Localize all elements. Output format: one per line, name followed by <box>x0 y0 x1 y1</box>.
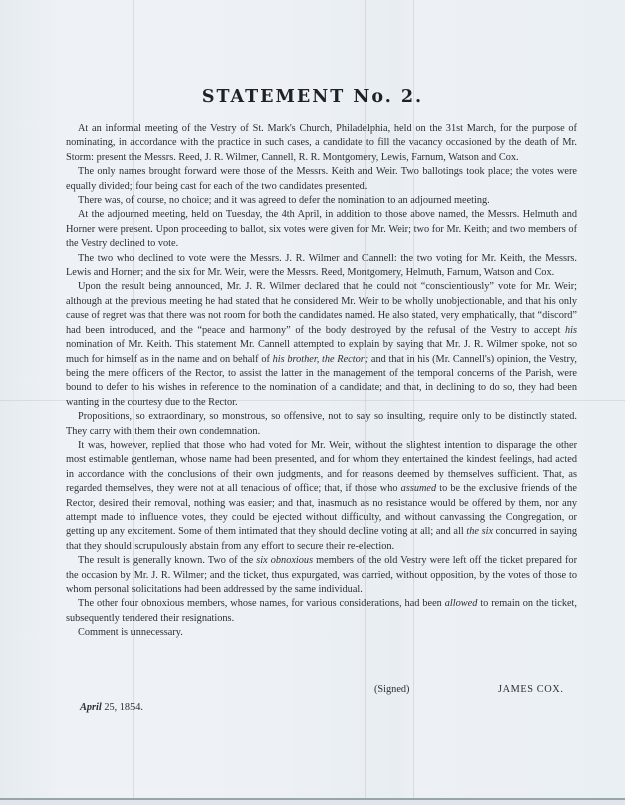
text-run: Upon the result being announced, Mr. J. … <box>66 281 577 335</box>
text-run: There was, of course, no choice; and it … <box>78 195 490 206</box>
paragraph: The only names brought forward were thos… <box>66 165 577 194</box>
paragraph: At the adjourned meeting, held on Tuesda… <box>66 208 577 251</box>
paragraph: Upon the result being announced, Mr. J. … <box>66 280 577 410</box>
document-body: At an informal meeting of the Vestry of … <box>66 122 577 641</box>
italic-text: allowed <box>445 598 478 609</box>
text-run: The only names brought forward were thos… <box>66 166 577 191</box>
text-run: Propositions, so extraordinary, so monst… <box>66 411 577 436</box>
italic-text: his <box>565 325 577 336</box>
date-month: April <box>80 702 102 713</box>
paragraph: At an informal meeting of the Vestry of … <box>66 122 577 165</box>
document-date: April 25, 1854. <box>80 702 143 713</box>
text-run: At an informal meeting of the Vestry of … <box>66 123 577 163</box>
paragraph: It was, however, replied that those who … <box>66 439 577 554</box>
text-run: The two who declined to vote were the Me… <box>66 253 577 278</box>
paragraph: Propositions, so extraordinary, so monst… <box>66 410 577 439</box>
text-run: At the adjourned meeting, held on Tuesda… <box>66 209 577 249</box>
text-run: The result is generally known. Two of th… <box>78 555 256 566</box>
signer-name: JAMES COX. <box>498 684 564 695</box>
italic-text: assumed <box>401 483 436 494</box>
italic-text: his brother, the Rector; <box>273 354 369 365</box>
paragraph: There was, of course, no choice; and it … <box>66 194 577 208</box>
date-day-year: 25, 1854. <box>102 702 143 713</box>
paragraph: Comment is unnecessary. <box>66 626 577 640</box>
signature-line: (Signed) JAMES COX. <box>0 684 625 700</box>
paragraph: The result is generally known. Two of th… <box>66 554 577 597</box>
document-page: STATEMENT No. 2. At an informal meeting … <box>0 0 625 800</box>
text-run: Comment is unnecessary. <box>78 627 183 638</box>
italic-text: six obnoxious <box>256 555 313 566</box>
italic-text: the six <box>466 526 493 537</box>
paragraph: The two who declined to vote were the Me… <box>66 252 577 281</box>
document-title: STATEMENT No. 2. <box>0 87 625 107</box>
signed-label: (Signed) <box>374 684 409 695</box>
text-run: The other four obnoxious members, whose … <box>78 598 445 609</box>
paragraph: The other four obnoxious members, whose … <box>66 597 577 626</box>
